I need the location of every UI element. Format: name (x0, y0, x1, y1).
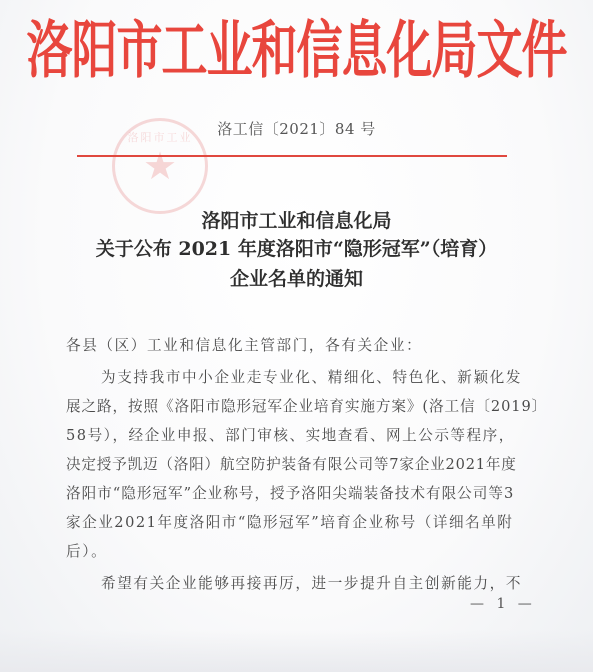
body-line: 家企业2021年度洛阳市“隐形冠军”培育企业称号（详细名单附 (66, 511, 513, 532)
issuer-header: 洛阳市工业和信息化局文件 (0, 0, 593, 101)
body-line: 决定授予凯迈（洛阳）航空防护装备有限公司等7家企业2021年度 (66, 453, 517, 474)
body-line: 洛阳市“隐形冠军”企业称号，授予洛阳尖端装备技术有限公司等3 (66, 482, 514, 503)
document-number: 洛工信〔2021〕84 号 (0, 118, 593, 139)
body-line: 为支持我市中小企业走专业化、精细化、特色化、新颖化发 (101, 366, 522, 387)
page-number: — 1 — (470, 596, 536, 612)
heading-line-2: 关于公布 2021 年度洛阳市“隐形冠军”（培育） (0, 234, 593, 261)
heading-line-3: 企业名单的通知 (0, 264, 593, 291)
body-line: 希望有关企业能够再接再厉，进一步提升自主创新能力，不 (101, 572, 522, 593)
body-line: 58号），经企业申报、部门审核、实地查看、网上公示等程序， (66, 424, 515, 445)
body-line: 展之路，按照《洛阳市隐形冠军企业培育实施方案》(洛工信〔2019〕 (66, 395, 547, 416)
body-line: 后）。 (66, 540, 107, 561)
red-divider-rule (77, 155, 507, 157)
heading-line-1: 洛阳市工业和信息化局 (0, 206, 593, 233)
salutation: 各县（区）工业和信息化主管部门，各有关企业： (66, 334, 422, 355)
page-bottom-shadow (0, 630, 593, 672)
